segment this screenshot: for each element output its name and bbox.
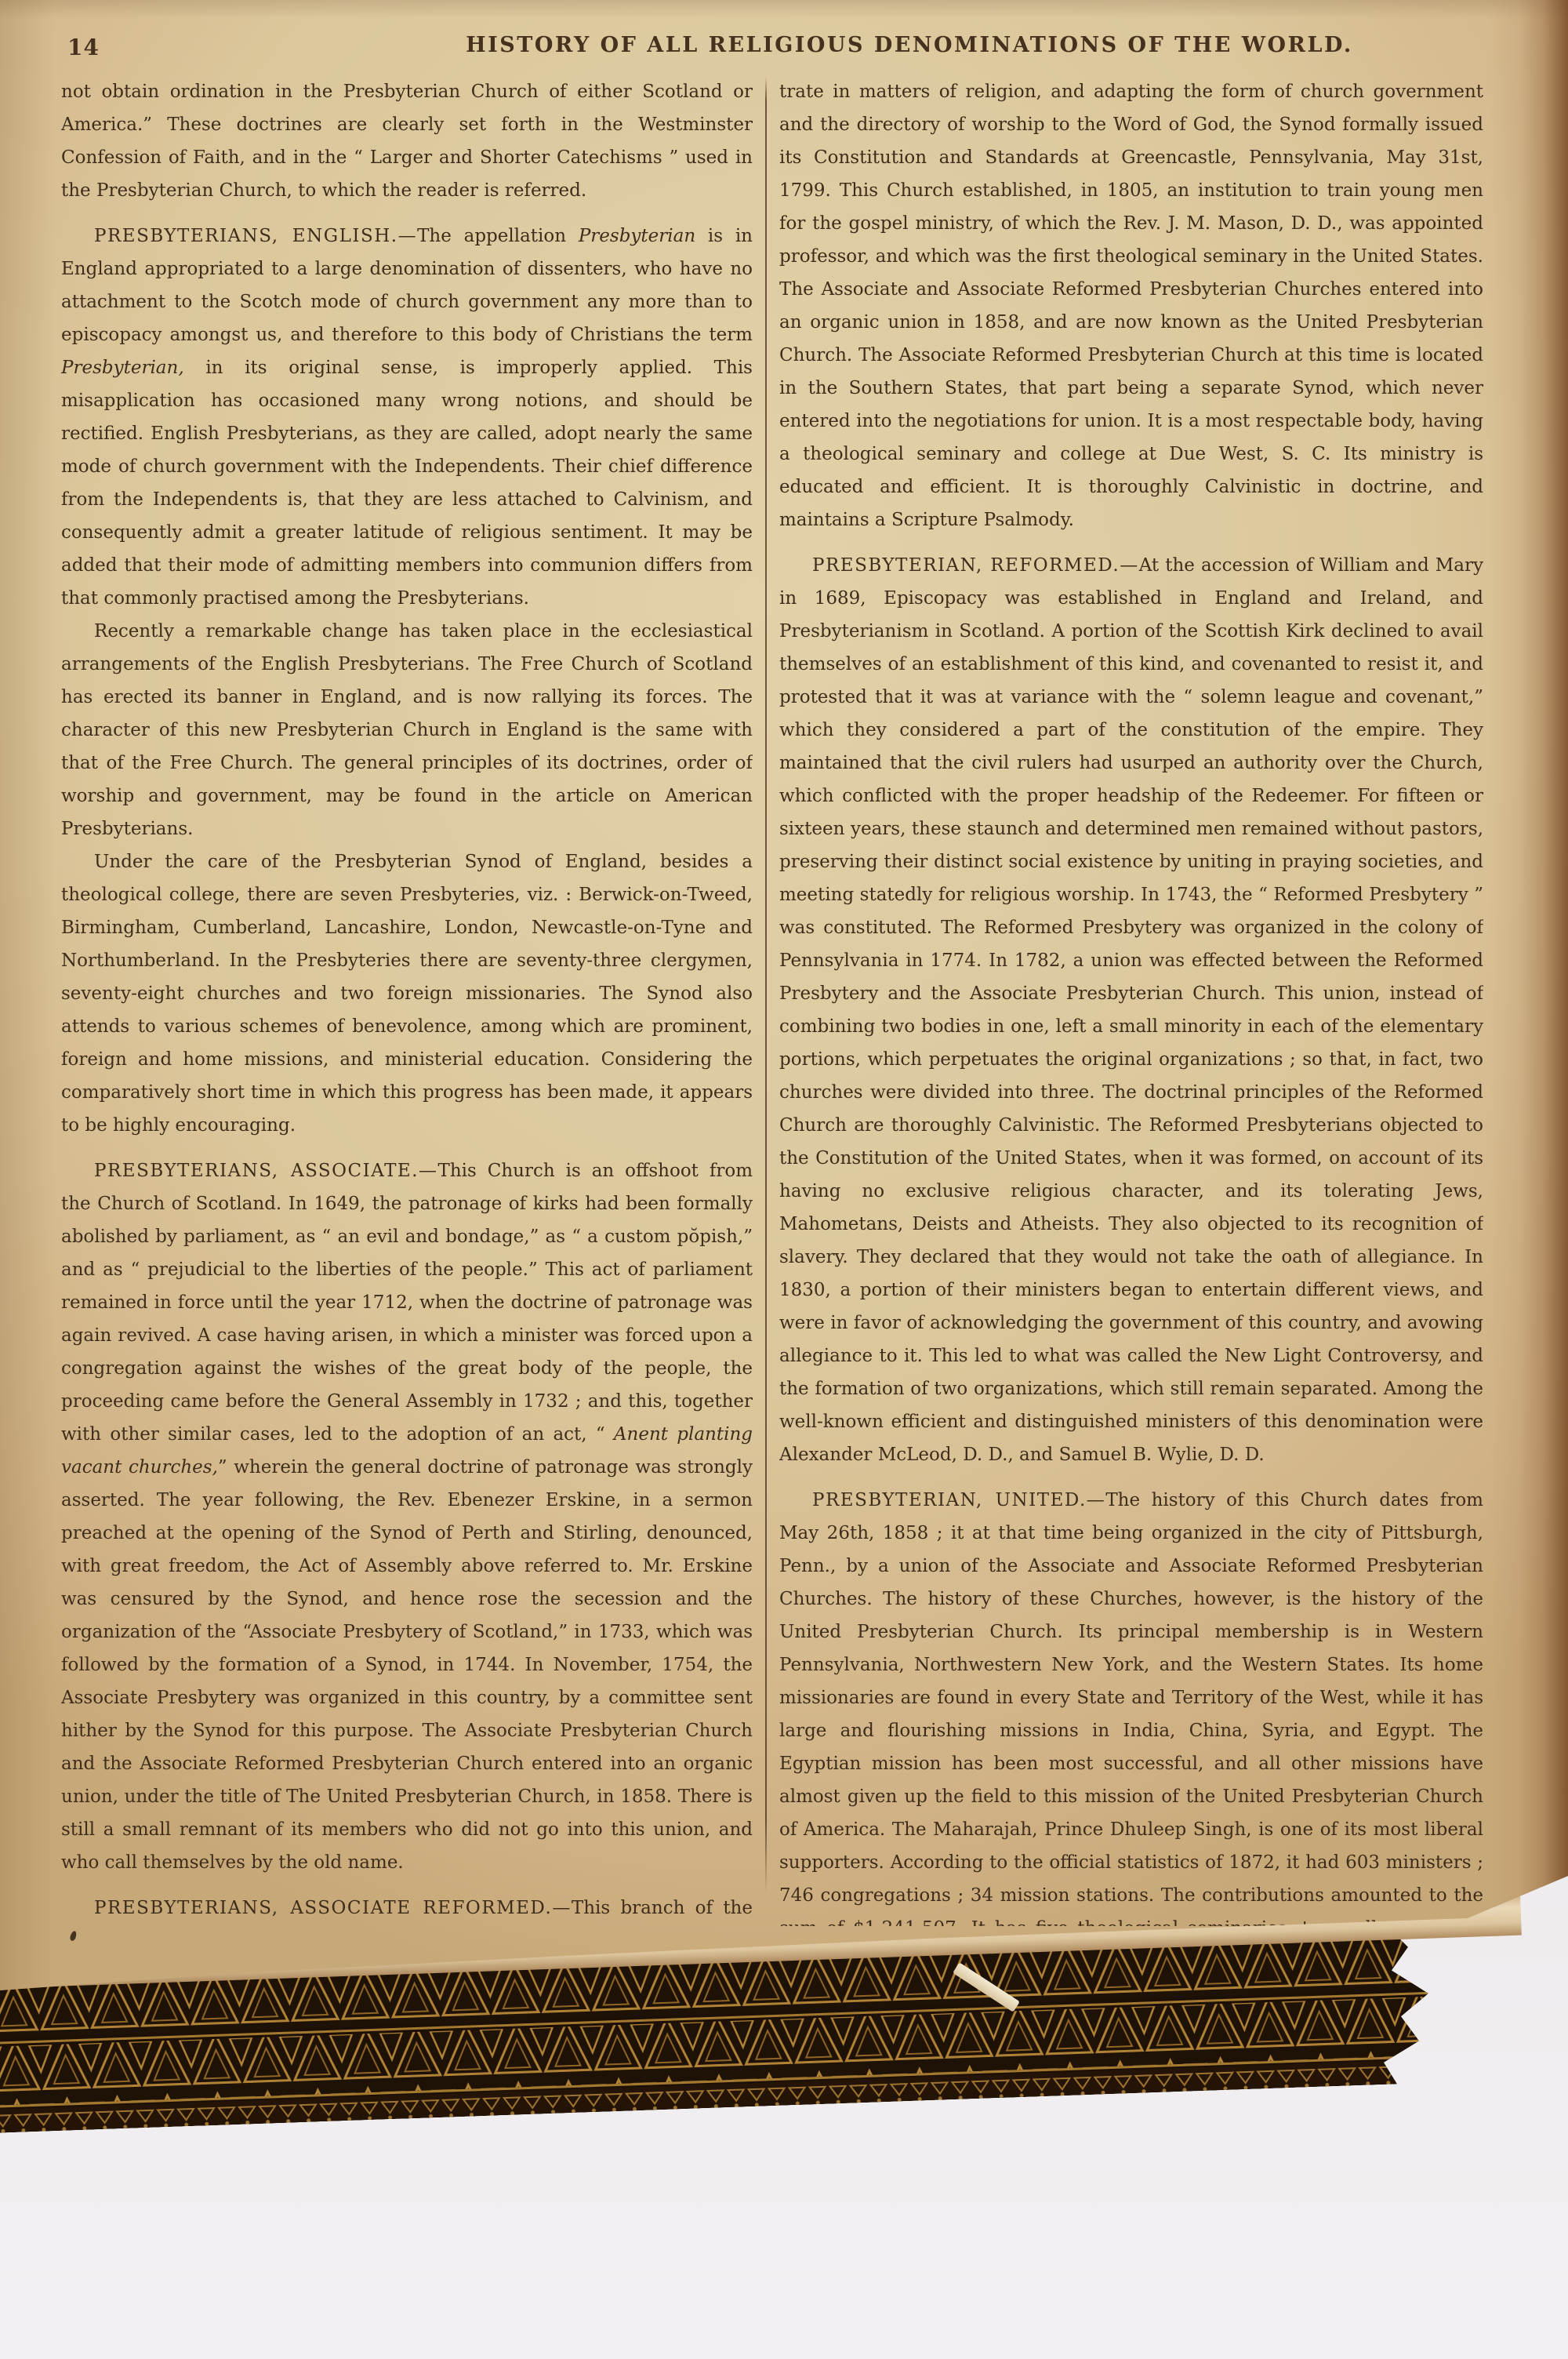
paragraph: PRESBYTERIAN, UNITED.—The history of thi…	[779, 1484, 1483, 1926]
section-heading: PRESBYTERIANS, ASSOCIATE REFORMED.—	[94, 1898, 572, 1918]
paragraph: Recently a remarkable change has taken p…	[61, 615, 753, 845]
section-heading: PRESBYTERIAN, REFORMED.—	[812, 555, 1139, 576]
text-run: ” wherein the general doctrine of patron…	[61, 1457, 753, 1873]
text-run: in its original sense, is improperly app…	[61, 358, 753, 609]
paragraph: PRESBYTERIANS, ASSOCIATE.—This Church is…	[61, 1154, 753, 1879]
text-run: trate in matters of religion, and adapti…	[779, 82, 1483, 530]
section-heading: PRESBYTERIAN, UNITED.—	[812, 1490, 1105, 1510]
paragraph: Under the care of the Presbyterian Synod…	[61, 845, 753, 1142]
text-run: The history of this Church dates from Ma…	[779, 1490, 1483, 1926]
page-number: 14	[67, 35, 100, 60]
text-run: Recently a remarkable change has taken p…	[61, 621, 753, 839]
text-run: The appellation	[417, 226, 579, 246]
paragraph: PRESBYTERIANS, ASSOCIATE REFORMED.—This …	[61, 1892, 753, 1926]
paragraph: trate in matters of religion, and adapti…	[779, 75, 1483, 536]
column-divider	[765, 77, 767, 1893]
text-run: Presbyterian,	[61, 358, 184, 378]
section-heading: PRESBYTERIANS, ASSOCIATE.—	[94, 1161, 438, 1181]
text-run: Under the care of the Presbyterian Synod…	[61, 852, 753, 1136]
text-run: This Church is an offshoot from the Chur…	[61, 1161, 753, 1445]
text-run: Presbyterian	[579, 226, 695, 246]
paragraph: PRESBYTERIANS, ENGLISH.—The appellation …	[61, 220, 753, 615]
text-run: At the accession of William and Mary in …	[779, 555, 1483, 1465]
running-title: HISTORY OF ALL RELIGIOUS DENOMINATIONS O…	[337, 33, 1482, 57]
right-column: trate in matters of religion, and adapti…	[779, 75, 1483, 1926]
section-heading: PRESBYTERIANS, ENGLISH.—	[94, 226, 417, 246]
book-page: 14 HISTORY OF ALL RELIGIOUS DENOMINATION…	[0, 0, 1568, 2008]
paragraph: not obtain ordination in the Presbyteria…	[61, 75, 753, 207]
paragraph: PRESBYTERIAN, REFORMED.—At the accession…	[779, 549, 1483, 1471]
text-run: not obtain ordination in the Presbyteria…	[61, 82, 753, 201]
left-column: not obtain ordination in the Presbyteria…	[61, 75, 753, 1926]
